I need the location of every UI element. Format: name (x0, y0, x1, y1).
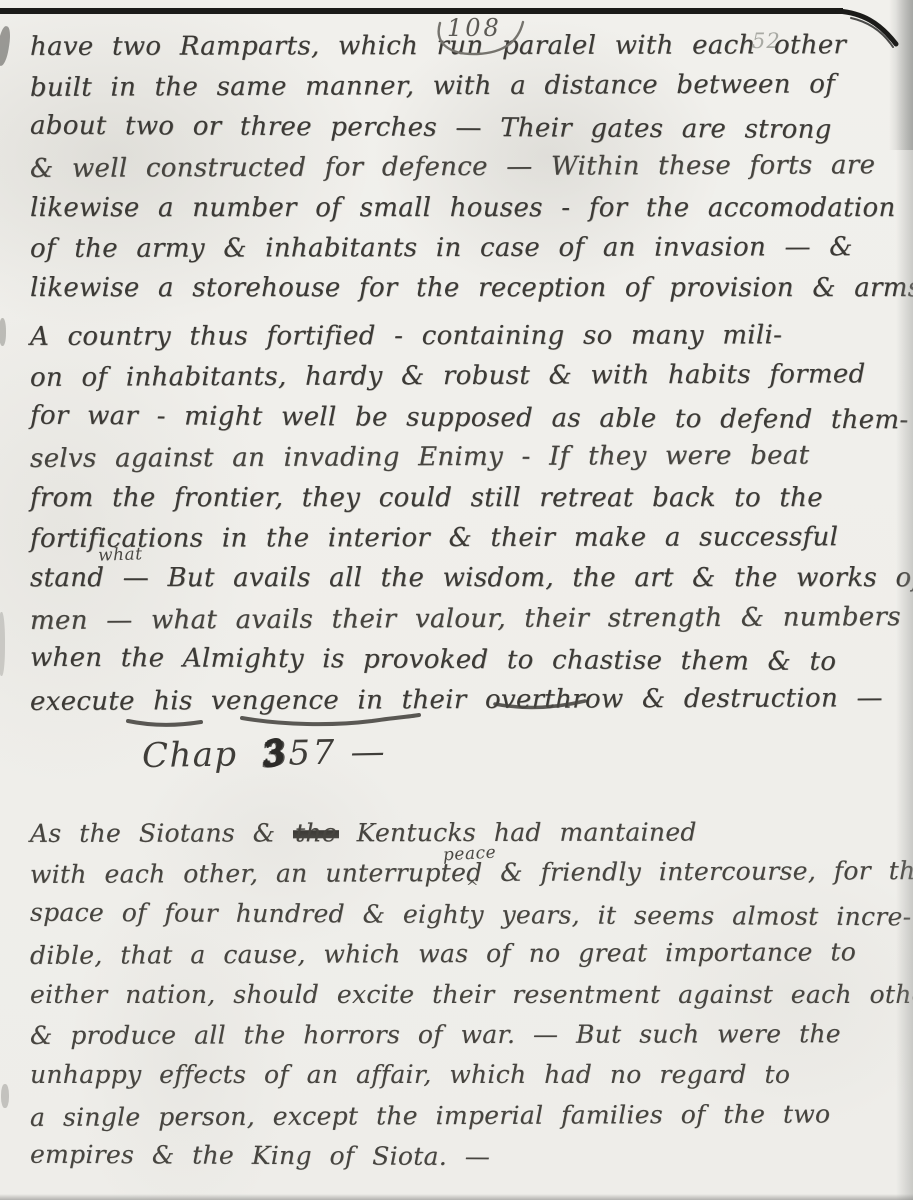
handwritten-line: A country thus fortified - containing so… (30, 315, 908, 357)
paragraph-3: As the Siotans & the Kentucks had mantai… (30, 813, 908, 1177)
handwritten-line: of the army & inhabitants in case of an … (30, 227, 908, 269)
handwritten-line: likewise a storehouse for the reception … (30, 268, 908, 308)
interlinear-insertion-peace: peace (443, 843, 497, 866)
scan-smudge (1, 1084, 9, 1108)
handwritten-line: on of inhabitants, hardy & robust & with… (30, 354, 908, 398)
handwritten-line: empires & the King of Siota. — (30, 1135, 908, 1180)
paragraph-2: A country thus fortified - containing so… (30, 316, 908, 720)
right-scan-edge (896, 0, 913, 1200)
top-scan-edge (0, 0, 913, 52)
handwritten-line: unhappy effects of an affair, which had … (30, 1055, 908, 1095)
insertion-caret: ^ (466, 878, 479, 896)
handwritten-line: likewise a number of small houses - for … (30, 188, 908, 228)
line-text: with each other, an unterrupted (30, 858, 483, 889)
chapter-word: Chap (142, 734, 238, 776)
handwritten-line: either nation, should excite their resen… (30, 975, 908, 1015)
handwritten-line: & produce all the horrors of war. — But … (30, 1014, 908, 1056)
handwritten-line: about two or three perches — Their gates… (30, 105, 908, 150)
handwritten-line: fortifications in the interior & their m… (30, 517, 908, 559)
scan-smudge (0, 612, 5, 676)
scribbled-correction: 3 (261, 732, 289, 775)
handwritten-line: space of four hundred & eighty years, it… (30, 892, 908, 937)
line-text: Kentucks had mantained (339, 818, 697, 848)
handwritten-line: a single person, except the imperial fam… (30, 1094, 908, 1138)
paragraph-1: have two Ramparts, which run paralel wit… (30, 26, 908, 309)
strikethrough-word: the (293, 818, 339, 847)
handwritten-line-with-insertion: stand — But avails all the wisdom, the a… (30, 558, 908, 598)
handwritten-line: for war - might well be supposed as able… (30, 395, 908, 440)
scan-smudge (0, 318, 6, 346)
line-text: As the Siotans & (30, 818, 293, 848)
handwritten-line: from the frontier, they could still retr… (30, 478, 908, 518)
handwritten-line: selvs against an invading Enimy - If the… (30, 435, 908, 479)
handwritten-line: when the Almighty is provoked to chastis… (30, 638, 908, 683)
line-text: stand — But (30, 563, 215, 593)
chapter-number: 57 — (288, 732, 388, 774)
handwritten-line: & well constructed for defence — Within … (30, 145, 908, 189)
handwritten-line: dible, that a cause, which was of no gre… (30, 932, 908, 976)
bottom-scan-edge (0, 1194, 913, 1200)
line-text: & friendly intercourse, for the (482, 856, 913, 887)
chapter-heading: Chap357 — (142, 732, 388, 776)
interlinear-insertion-what: what (98, 544, 143, 566)
handwritten-line: men — what avails their valour, their st… (30, 597, 908, 641)
section-divider (0, 688, 913, 736)
handwritten-line: built in the same manner, with a distanc… (30, 64, 908, 108)
line-text: avails all the wisdom, the art & the wor… (215, 563, 913, 593)
manuscript-page: 108 52 have two Ramparts, which run para… (0, 0, 913, 1200)
